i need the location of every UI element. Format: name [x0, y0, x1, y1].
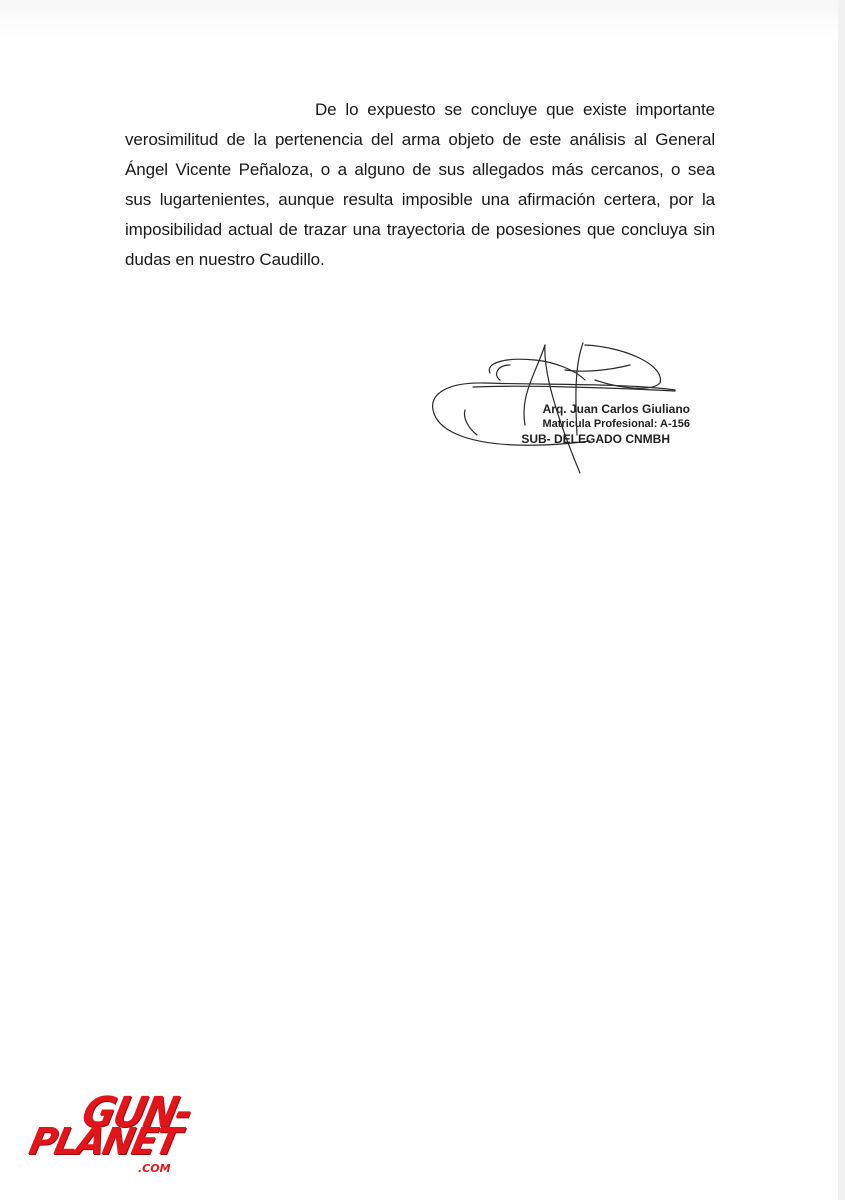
paragraph-line: verosimilitud de la pertenencia del arma…	[125, 125, 715, 155]
page-top-shadow	[0, 0, 838, 40]
logo-line2: PLANET	[25, 1120, 183, 1163]
paragraph-line: sus lugartenientes, aunque resulta impos…	[125, 185, 715, 215]
paragraph-line: imposibilidad actual de trazar una traye…	[125, 215, 715, 245]
signer-registration: Matricula Profesional: A-156	[490, 417, 690, 432]
gun-planet-watermark-logo: GUN- PLANET .COM	[28, 1090, 193, 1180]
paragraph-line: De lo expuesto se concluye que existe im…	[125, 95, 715, 125]
logo-suffix: .COM	[138, 1162, 171, 1175]
signer-name: Arq. Juan Carlos Giuliano	[490, 402, 690, 417]
signer-role: SUB- DELEGADO CNMBH	[490, 432, 670, 447]
signature-caption: Arq. Juan Carlos Giuliano Matricula Prof…	[490, 402, 690, 447]
paragraph-line: Ángel Vicente Peñaloza, o a alguno de su…	[125, 155, 715, 185]
page-edge	[838, 0, 845, 1200]
signature-block: Arq. Juan Carlos Giuliano Matricula Prof…	[425, 335, 690, 480]
paragraph-line: dudas en nuestro Caudillo.	[125, 245, 715, 275]
conclusion-paragraph: De lo expuesto se concluye que existe im…	[125, 95, 715, 275]
